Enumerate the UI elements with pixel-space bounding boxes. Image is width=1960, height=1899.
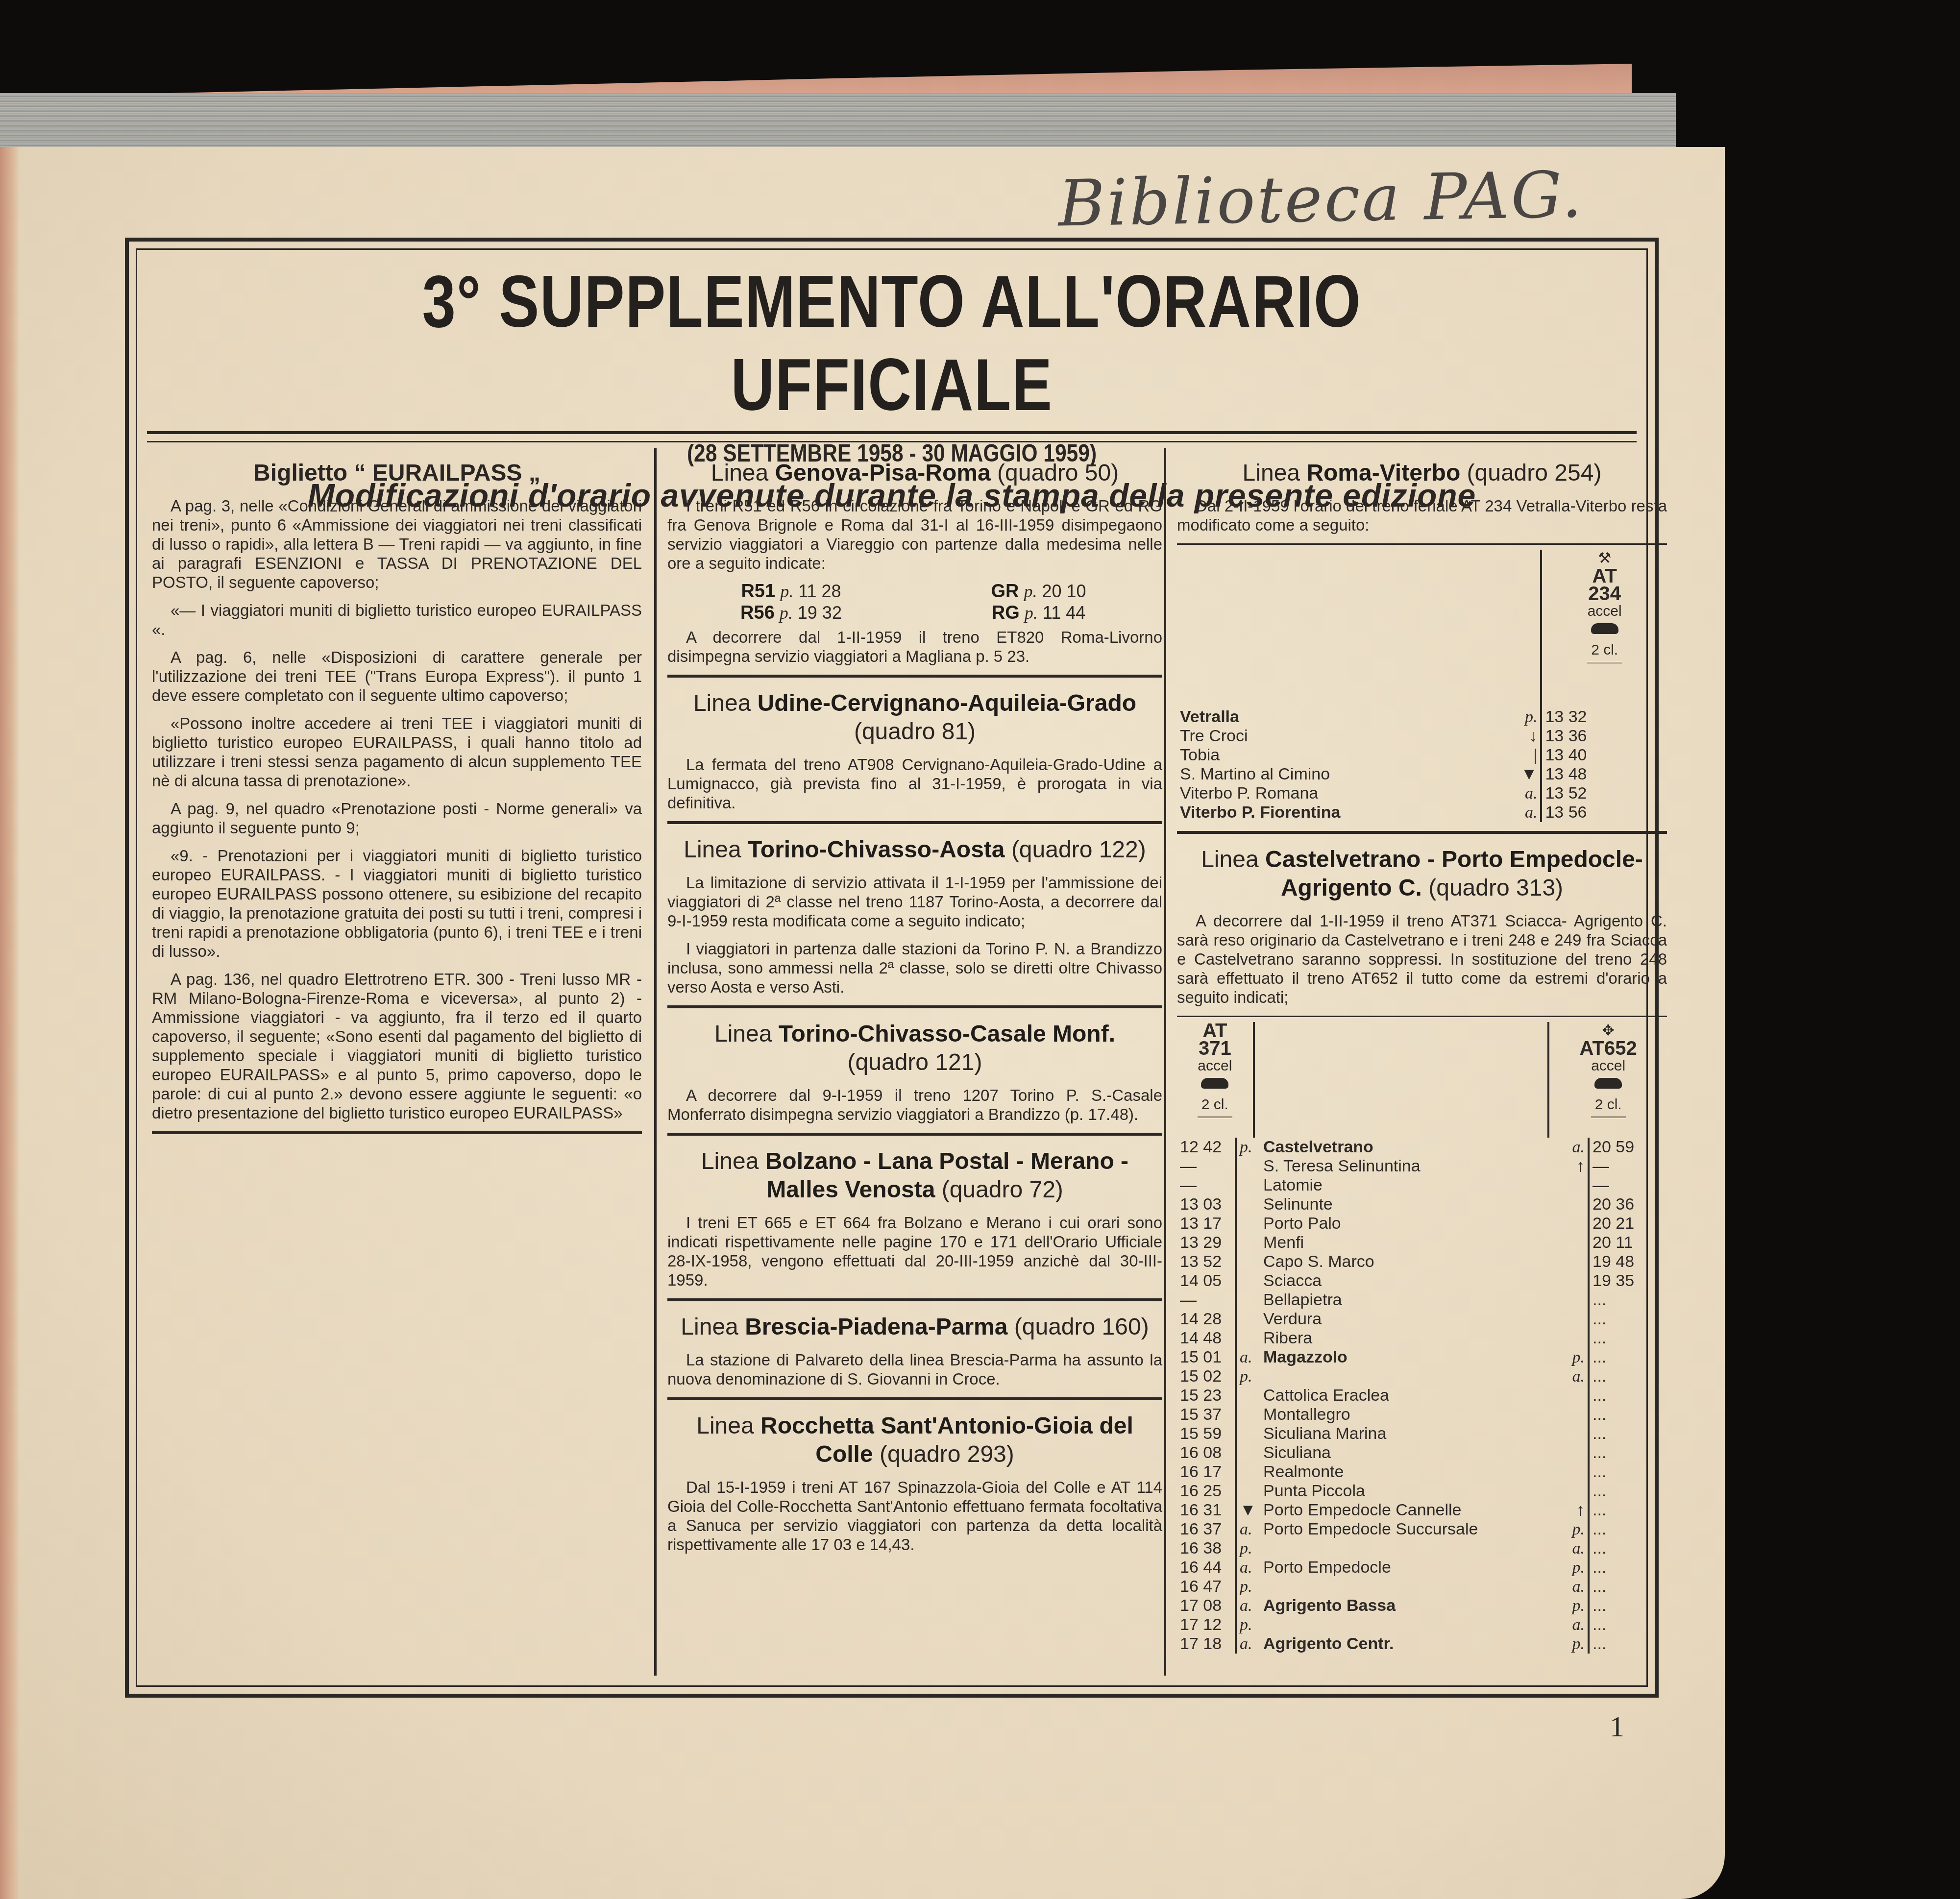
content-frame: 3° SUPPLEMENTO ALL'ORARIO UFFICIALE (28 … [125,238,1659,1698]
table-row: 16 08Siculiana... [1177,1443,1667,1462]
railcar-icon [1591,623,1618,634]
weekday-symbol-icon: ✥ [1552,1022,1664,1040]
timetable-roma-viterbo: ⚒ AT 234 accel 2 cl. Vetralla p. 13 32 T… [1177,550,1667,822]
section-title-genova-pisa-roma: Linea Genova-Pisa-Roma (quadro 50) [667,459,1162,487]
table-row: Tobia | 13 40 [1177,746,1667,765]
section-divider [1177,831,1667,834]
table-row: 16 44a.Porto Empedoclep.... [1177,1558,1667,1577]
section-title-rocchetta-gioia: Linea Rocchetta Sant'Antonio-Gioia del C… [667,1412,1162,1469]
section-title-eurailpass: Biglietto “ EURAILPASS „ [152,459,642,487]
page-number: 1 [1610,1710,1624,1744]
paragraph: A pag. 9, nel quadro «Prenotazione posti… [152,799,642,837]
paragraph: A decorrere dal 1-II-1959 il treno ET820… [667,628,1162,666]
table-row: —S. Teresa Selinuntina↑— [1177,1157,1667,1176]
paragraph: A pag. 3, nelle «Condizioni Generali di … [152,496,642,592]
paragraph: I treni R51 ed R56 in circolazione fra T… [667,496,1162,573]
paragraph: I treni ET 665 e ET 664 fra Bolzano e Me… [667,1213,1162,1290]
section-divider [152,1131,642,1134]
section-divider [667,1397,1162,1400]
masthead-rule [147,431,1637,442]
page-title: 3° SUPPLEMENTO ALL'ORARIO UFFICIALE [273,260,1511,426]
spine-shadow [0,147,20,1899]
section-title-torino-aosta: Linea Torino-Chivasso-Aosta (quadro 122) [667,836,1162,864]
paragraph: I viaggiatori in partenza dalle stazioni… [667,939,1162,997]
table-row: 12 42p.Castelvetranoa.20 59 [1177,1138,1667,1157]
table-row: 15 02p.a.... [1177,1367,1667,1386]
arrow-down-icon: ↓ [1481,727,1541,746]
table-row: —Bellapietra... [1177,1290,1667,1310]
departure-rg: RG p. 11 44 [915,603,1162,623]
table-row: 13 17Porto Palo20 21 [1177,1214,1667,1233]
paragraph: A pag. 6, nelle «Disposizioni di caratte… [152,648,642,705]
arrowhead-icon: ▼ [1481,765,1541,784]
table-rule [1177,543,1667,545]
table-row: 16 47p.a.... [1177,1577,1667,1596]
section-title-castelvetrano: Linea Castelvetrano - Porto Empedocle- A… [1177,846,1667,902]
table-row: 17 18a.Agrigento Centr.p.... [1177,1634,1667,1654]
table-row: —Latomie— [1177,1176,1667,1195]
table-row: 15 59Siculiana Marina... [1177,1424,1667,1443]
train-header-at371: AT 371 accel 2 cl. [1177,1022,1254,1118]
table-row: 13 03Selinunte20 36 [1177,1195,1667,1214]
table-row: 14 05Sciacca19 35 [1177,1271,1667,1290]
table-row: Viterbo P. Romana a. 13 52 [1177,784,1667,803]
table-row: 16 31▼Porto Empedocle Cannelle↑... [1177,1501,1667,1520]
table-row: 16 38p.a.... [1177,1539,1667,1558]
section-divider [667,675,1162,678]
railcar-icon [1201,1078,1228,1089]
table-rule [1177,1016,1667,1017]
section-title-bolzano-malles: Linea Bolzano - Lana Postal - Merano - M… [667,1147,1162,1204]
paragraph: «Possono inoltre accedere ai treni TEE i… [152,714,642,790]
section-divider [667,1005,1162,1008]
departure-gr: GR p. 20 10 [915,582,1162,601]
train-header-at652: ✥ AT652 accel 2 cl. [1548,1022,1667,1118]
paragraph: Dal 15-I-1959 i treni AT 167 Spinazzola-… [667,1478,1162,1554]
table-row: Viterbo P. Fiorentina a. 13 56 [1177,803,1667,822]
section-divider [667,1298,1162,1301]
train-header-at234: ⚒ AT 234 accel 2 cl. [1541,550,1667,663]
section-title-brescia-parma: Linea Brescia-Piadena-Parma (quadro 160) [667,1313,1162,1341]
paragraph: A decorrere dal 9-I-1959 il treno 1207 T… [667,1086,1162,1124]
table-row: 17 12p.a.... [1177,1615,1667,1634]
table-row: 16 17Realmonte... [1177,1462,1667,1482]
paragraph: A decorrere dal 1-II-1959 il treno AT371… [1177,911,1667,1007]
table-row: 14 28Verdura... [1177,1310,1667,1329]
table-row: 14 48Ribera... [1177,1329,1667,1348]
column-line-changes: Linea Genova-Pisa-Roma (quadro 50) I tre… [654,448,1162,1676]
column-timetables: Linea Roma-Viterbo (quadro 254) Dal 2-II… [1164,448,1667,1676]
table-row: 17 08a.Agrigento Bassap.... [1177,1596,1667,1615]
timetable-castelvetrano-rows: 12 42p.Castelvetranoa.20 59—S. Teresa Se… [1177,1138,1667,1654]
section-divider [667,1133,1162,1136]
timetable-castelvetrano: AT 371 accel 2 cl. ✥ AT652 accel 2 cl. [1177,1022,1667,1138]
table-row: Vetralla p. 13 32 [1177,707,1667,727]
paragraph: A pag. 136, nel quadro Elettrotreno ETR.… [152,970,642,1122]
table-row: 13 29Menfi20 11 [1177,1233,1667,1252]
table-row: Tre Croci ↓ 13 36 [1177,727,1667,746]
section-title-roma-viterbo: Linea Roma-Viterbo (quadro 254) [1177,459,1667,487]
section-divider [667,821,1162,824]
paragraph: «— I viaggiatori muniti di biglietto tur… [152,601,642,639]
railcar-icon [1594,1078,1622,1089]
hammer-pick-icon: ⚒ [1545,550,1664,567]
section-title-torino-casale: Linea Torino-Chivasso-Casale Monf. (quad… [667,1020,1162,1077]
departure-r56: R56 p. 19 32 [667,603,915,623]
paragraph: La stazione di Palvareto della linea Bre… [667,1350,1162,1388]
table-row: 13 52Capo S. Marco19 48 [1177,1252,1667,1271]
column-eurailpass: Biglietto “ EURAILPASS „ A pag. 3, nelle… [152,448,642,1676]
frame-inner: 3° SUPPLEMENTO ALL'ORARIO UFFICIALE (28 … [136,248,1648,1687]
table-row: 16 25Punta Piccola... [1177,1482,1667,1501]
paragraph: La fermata del treno AT908 Cervignano-Aq… [667,755,1162,812]
table-row: 15 01a.Magazzolop.... [1177,1348,1667,1367]
paragraph: Dal 2-II-1959 l'orario del treno feriale… [1177,496,1667,535]
departure-r51: R51 p. 11 28 [667,582,915,601]
departure-times: R51 p. 11 28 GR p. 20 10 R56 p. 19 32 RG… [667,582,1162,623]
paragraph: «9. - Prenotazioni per i viaggiatori mun… [152,846,642,961]
table-row: 15 37Montallegro... [1177,1405,1667,1424]
table-row: 16 37a.Porto Empedocle Succursalep.... [1177,1520,1667,1539]
table-row: S. Martino al Cimino ▼ 13 48 [1177,765,1667,784]
table-row: 15 23Cattolica Eraclea... [1177,1386,1667,1405]
section-title-udine-grado: Linea Udine-Cervignano-Aquileia-Grado (q… [667,689,1162,746]
paragraph: La limitazione di servizio attivata il 1… [667,873,1162,930]
